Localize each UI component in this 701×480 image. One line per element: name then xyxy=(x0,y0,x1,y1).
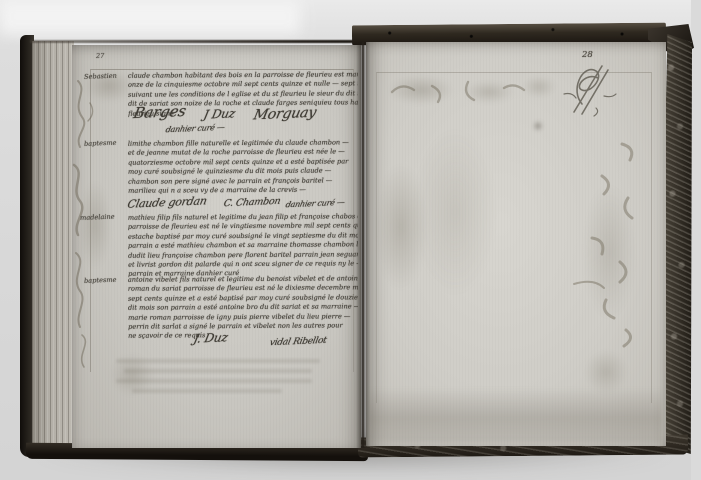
signature: J Duz xyxy=(202,106,236,121)
left-page: 27 Sebastien baptesme madelaine baptesme… xyxy=(72,45,361,448)
stain xyxy=(102,345,162,405)
book-gutter xyxy=(356,42,370,448)
paraph-flourish xyxy=(552,60,628,120)
backdrop-right xyxy=(691,0,701,480)
page-number: 28 xyxy=(582,50,593,60)
entry-line: et livrist gordon dit palarde qui n ont … xyxy=(128,259,358,270)
margin-label-entry-1: Sebastien xyxy=(84,71,132,81)
marbled-board-right-edge xyxy=(662,34,692,454)
manuscript-photo: 27 Sebastien baptesme madelaine baptesme… xyxy=(0,0,701,480)
signature: J. Duz xyxy=(192,330,229,345)
stain xyxy=(574,162,644,342)
left-page-top-edge xyxy=(30,40,362,43)
entry-line: marilieu qui n a sceu vy de a marraine d… xyxy=(128,185,358,196)
register-entry-2: limithe chambon fille naturelle et legit… xyxy=(128,138,358,196)
register-entry-3: mathieu filip fils naturel et legitime d… xyxy=(128,212,358,279)
register-entry-4: antoine vibelet fils naturel et legitime… xyxy=(128,274,358,341)
right-page: 28 xyxy=(366,42,666,446)
margin-label-entry-3: madelaine xyxy=(80,212,128,222)
backdrop-highlight xyxy=(0,0,300,34)
stain xyxy=(400,102,510,322)
stain xyxy=(576,342,636,402)
entry-line: perrin dit sarlat a signé le parrain et … xyxy=(128,321,358,332)
folio-mark: 27 xyxy=(96,52,104,60)
stain xyxy=(72,165,118,285)
signature: Morguay xyxy=(252,105,317,124)
margin-label-entry-4: baptesme xyxy=(84,275,132,285)
margin-label-entry-2: baptesme xyxy=(84,138,132,148)
ink-spot xyxy=(532,120,544,132)
signature: Barges xyxy=(132,102,188,122)
